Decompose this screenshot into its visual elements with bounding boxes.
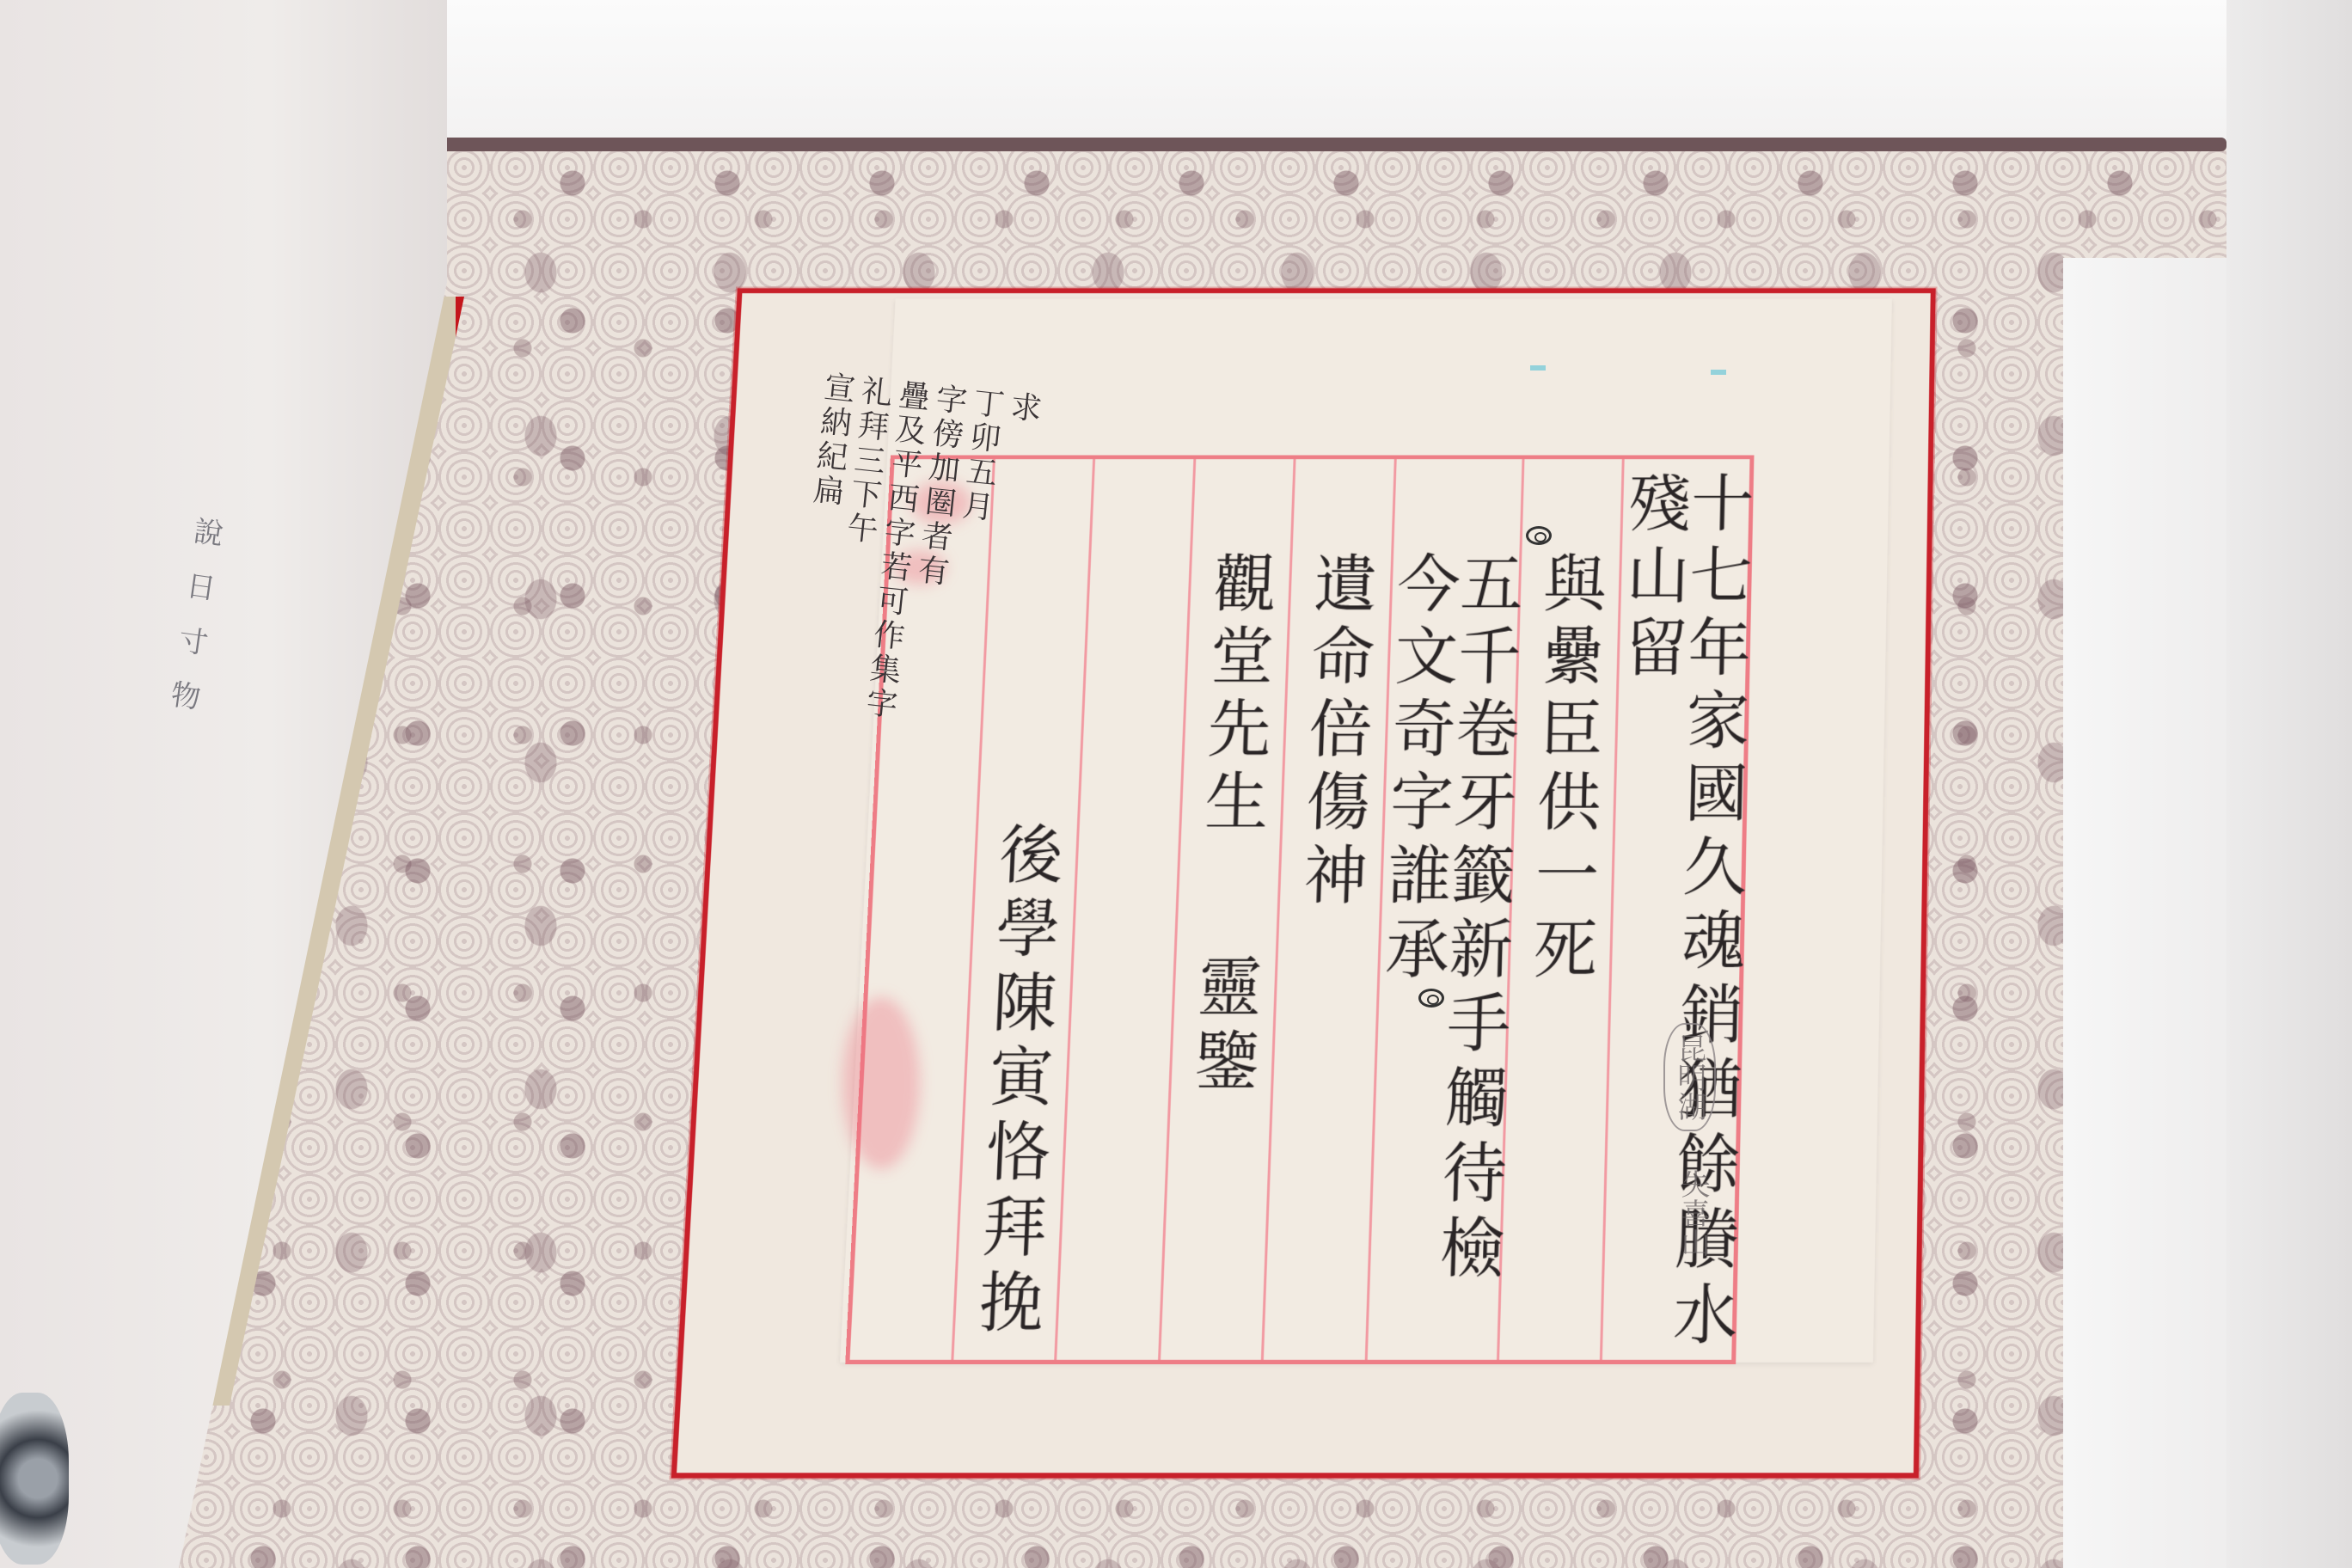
letter-line: 五千卷牙籤新手觸待檢今文奇字誰承 <box>1367 551 1519 1360</box>
emphasis-circle-mark <box>1418 989 1444 1008</box>
ink-speck <box>1711 370 1726 375</box>
salutation: 靈鑒 <box>1188 953 1258 1102</box>
letter-line: 與纍臣供一死 <box>1517 551 1602 1360</box>
right-album-edge <box>2226 0 2352 1568</box>
background-wall <box>413 0 2226 155</box>
ink-speck <box>1530 365 1546 371</box>
emphasis-circle-mark <box>1526 526 1552 545</box>
scroll-roller <box>0 1393 69 1565</box>
pencil-note-circled: 昆明湖 <box>1663 1023 1716 1131</box>
pencil-note: 失喜山 <box>1672 1169 1714 1257</box>
letter-line: 遺命倍傷神 <box>1282 551 1373 1360</box>
brocade-top-edge <box>413 138 2226 151</box>
